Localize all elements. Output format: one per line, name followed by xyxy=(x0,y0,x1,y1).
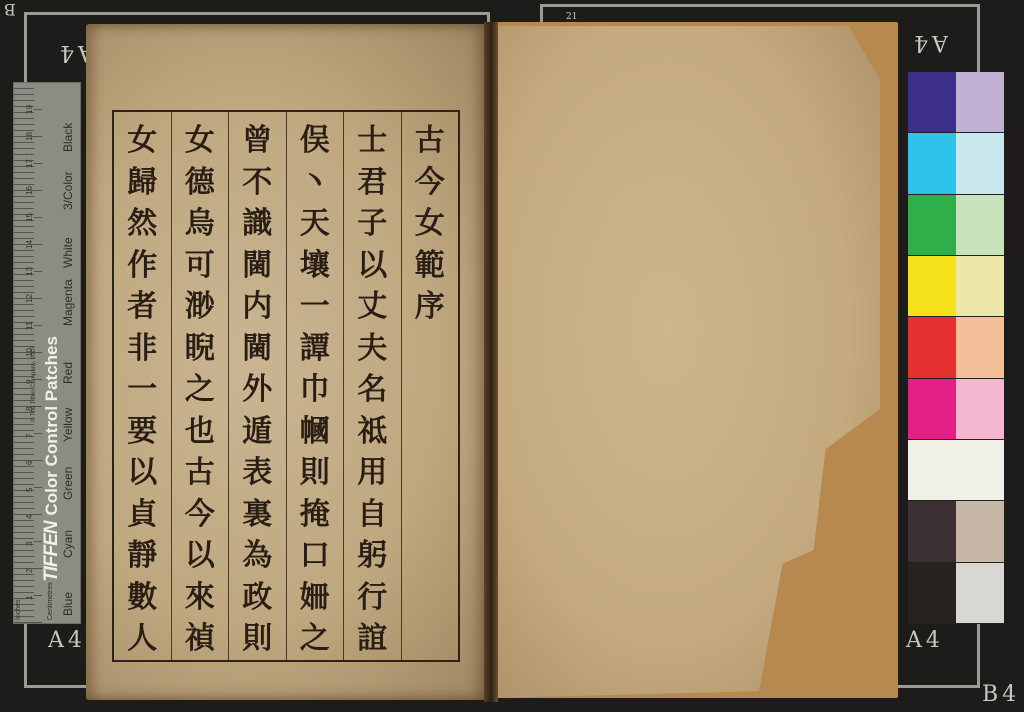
left-page: 古今女範序 士君子以丈夫名祗用自躬行誼 俣丶天壤一譚巾幗則掩口姍之 曾不識閫内閫… xyxy=(86,24,490,700)
glyph: 以 xyxy=(185,535,215,577)
glyph: 士 xyxy=(357,120,387,162)
glyph: 貞 xyxy=(127,494,157,536)
color-patch-green-light xyxy=(956,195,1004,256)
glyph: 來 xyxy=(185,577,215,619)
open-book: 古今女範序 士君子以丈夫名祗用自躬行誼 俣丶天壤一譚巾幗則掩口姍之 曾不識閫内閫… xyxy=(86,22,898,702)
ruler-brand-title: TIFFENColor Control Patches xyxy=(41,336,63,582)
color-patch-red-light xyxy=(956,317,1004,378)
glyph: 内 xyxy=(242,286,272,328)
mat-label-b-corner: B xyxy=(0,0,16,19)
glyph: 歸 xyxy=(127,162,157,204)
color-patch-white xyxy=(908,440,1004,501)
glyph: 行 xyxy=(357,577,387,619)
glyph: 古 xyxy=(415,120,445,162)
color-patch-blue-light xyxy=(956,72,1004,133)
ruler-title: Color Control Patches xyxy=(42,336,61,515)
glyph: 口 xyxy=(300,535,330,577)
glyph: 烏 xyxy=(185,203,215,245)
column-text: 俣丶天壤一譚巾幗則掩口姍之 xyxy=(300,120,330,660)
ruler-copyright: © The Tiffen Company, 2007 xyxy=(31,346,37,422)
glyph: 幗 xyxy=(300,411,330,453)
column-text: 士君子以丈夫名祗用自躬行誼 xyxy=(357,120,387,660)
glyph: 序 xyxy=(415,286,445,328)
glyph: 渺 xyxy=(185,286,215,328)
glyph: 遁 xyxy=(242,411,272,453)
glyph: 夫 xyxy=(357,328,387,370)
glyph: 數 xyxy=(127,577,157,619)
glyph: 祗 xyxy=(357,411,387,453)
glyph: 政 xyxy=(242,577,272,619)
glyph: 可 xyxy=(185,245,215,287)
text-frame: 古今女範序 士君子以丈夫名祗用自躬行誼 俣丶天壤一譚巾幗則掩口姍之 曾不識閫内閫… xyxy=(112,110,460,662)
glyph: 躬 xyxy=(357,535,387,577)
glyph: 女 xyxy=(127,120,157,162)
glyph: 為 xyxy=(242,535,272,577)
mat-label-a4-top-right: A4 xyxy=(910,30,948,55)
glyph: 曾 xyxy=(242,120,272,162)
glyph: 一 xyxy=(127,369,157,411)
color-patch-three-color-dark xyxy=(908,501,956,562)
glyph: 範 xyxy=(415,245,445,287)
color-patch-blue xyxy=(908,72,956,133)
glyph: 識 xyxy=(242,203,272,245)
glyph: 女 xyxy=(185,120,215,162)
glyph: 也 xyxy=(185,411,215,453)
text-column-2: 士君子以丈夫名祗用自躬行誼 xyxy=(343,112,401,660)
glyph: 之 xyxy=(185,369,215,411)
glyph: 則 xyxy=(300,452,330,494)
glyph: 丶 xyxy=(300,162,330,204)
color-patch-green xyxy=(908,195,956,256)
glyph: 閫 xyxy=(242,245,272,287)
book-gutter xyxy=(484,22,498,702)
glyph: 之 xyxy=(300,618,330,660)
color-patch-cyan xyxy=(908,133,956,194)
glyph: 丈 xyxy=(357,286,387,328)
text-column-5: 女德烏可渺睨之也古今以來禎 xyxy=(171,112,229,660)
glyph: 閫 xyxy=(242,328,272,370)
glyph: 人 xyxy=(127,618,157,660)
glyph: 女 xyxy=(415,203,445,245)
column-text: 女歸然作者非一要以貞靜數人 xyxy=(127,120,157,660)
color-patch-red xyxy=(908,317,956,378)
glyph: 外 xyxy=(242,369,272,411)
glyph: 睨 xyxy=(185,328,215,370)
color-patch-black-light xyxy=(956,563,1004,624)
glyph: 俣 xyxy=(300,120,330,162)
ruler-text-group: 12345678910111213141516171819 Inches Cen… xyxy=(13,82,79,622)
glyph: 非 xyxy=(127,328,157,370)
glyph: 禎 xyxy=(185,618,215,660)
glyph: 譚 xyxy=(300,328,330,370)
glyph: 者 xyxy=(127,286,157,328)
text-column-1: 古今女範序 xyxy=(401,112,459,660)
color-patch-magenta-light xyxy=(956,379,1004,440)
mat-label-a4-bottom-left: A4 xyxy=(48,628,86,653)
glyph: 則 xyxy=(242,618,272,660)
color-patch-black xyxy=(908,563,956,624)
glyph: 今 xyxy=(185,494,215,536)
glyph: 不 xyxy=(242,162,272,204)
mat-label-page-number: 21 xyxy=(566,12,577,22)
color-patch-magenta xyxy=(908,379,956,440)
color-patch-chart xyxy=(908,72,1004,624)
text-column-4: 曾不識閫内閫外遁表裏為政則 xyxy=(228,112,286,660)
ruler-units-inches: Inches xyxy=(15,599,22,620)
glyph: 姍 xyxy=(300,577,330,619)
glyph: 一 xyxy=(300,286,330,328)
ruler-cm-numbers: 12345678910111213141516171819 xyxy=(25,87,34,600)
glyph: 誼 xyxy=(357,618,387,660)
ruler-units-cm: Centimetres xyxy=(47,582,54,620)
column-text: 古今女範序 xyxy=(415,120,445,328)
color-patch-yellow-light xyxy=(956,256,1004,317)
glyph: 作 xyxy=(127,245,157,287)
glyph: 然 xyxy=(127,203,157,245)
glyph: 掩 xyxy=(300,494,330,536)
glyph: 表 xyxy=(242,452,272,494)
column-text: 曾不識閫内閫外遁表裏為政則 xyxy=(242,120,272,660)
glyph: 今 xyxy=(415,162,445,204)
color-patch-yellow xyxy=(908,256,956,317)
glyph: 壤 xyxy=(300,245,330,287)
glyph: 子 xyxy=(357,203,387,245)
text-column-6: 女歸然作者非一要以貞靜數人 xyxy=(114,112,171,660)
glyph: 名 xyxy=(357,369,387,411)
tiffen-logo: TIFFEN xyxy=(41,522,62,583)
glyph: 以 xyxy=(127,452,157,494)
glyph: 裏 xyxy=(242,494,272,536)
color-patch-three-color-light xyxy=(956,501,1004,562)
glyph: 巾 xyxy=(300,369,330,411)
glyph: 天 xyxy=(300,203,330,245)
text-column-3: 俣丶天壤一譚巾幗則掩口姍之 xyxy=(286,112,344,660)
mat-label-a4-bottom-right: A4 xyxy=(906,628,944,653)
column-text: 女德烏可渺睨之也古今以來禎 xyxy=(185,120,215,660)
glyph: 德 xyxy=(185,162,215,204)
glyph: 古 xyxy=(185,452,215,494)
glyph: 自 xyxy=(357,494,387,536)
glyph: 君 xyxy=(357,162,387,204)
mat-label-b4-bottom-right: B4 xyxy=(982,682,1020,707)
glyph: 以 xyxy=(357,245,387,287)
ruler-color-names: BlueCyanGreenYellowRedMagentaWhite3/Colo… xyxy=(61,94,75,616)
color-patch-cyan-light xyxy=(956,133,1004,194)
glyph: 靜 xyxy=(127,535,157,577)
glyph: 要 xyxy=(127,411,157,453)
glyph: 用 xyxy=(357,452,387,494)
